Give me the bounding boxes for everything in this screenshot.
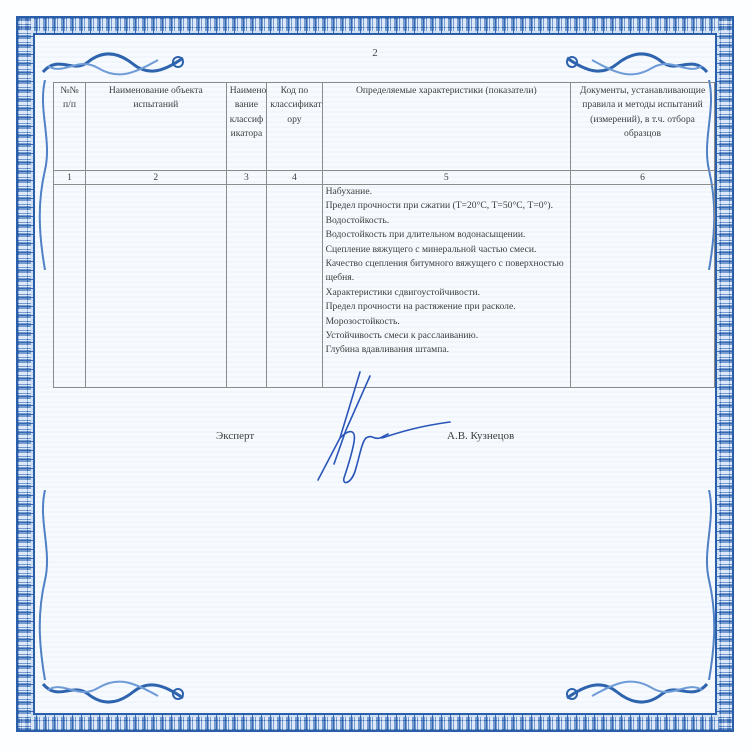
cell-classifier: [226, 185, 267, 388]
characteristic-item: Морозостойкость.: [326, 315, 567, 329]
page-number: 2: [0, 47, 750, 59]
column-number: 1: [54, 171, 86, 185]
vine-bottom-right: [702, 490, 716, 680]
characteristic-item: Качество сцепления битумного вяжущего с …: [326, 257, 567, 286]
vine-top-left: [38, 80, 52, 270]
cell-object: [85, 185, 226, 388]
cell-documents: [571, 185, 715, 388]
header-classifier: Наимено вание классиф икатора: [226, 83, 267, 171]
table-header-row: №№ п/п Наименование объекта испытаний На…: [54, 83, 715, 171]
vine-bottom-left: [38, 490, 52, 680]
characteristic-item: Набухание.: [326, 185, 567, 199]
header-characteristics: Определяемые характеристики (показатели): [322, 83, 570, 171]
characteristic-item: Характеристики сдвигоустойчивости.: [326, 286, 567, 300]
scope-table: №№ п/п Наименование объекта испытаний На…: [53, 82, 715, 388]
signatory-title: Эксперт: [216, 430, 254, 442]
cell-characteristics: Набухание. Предел прочности при сжатии (…: [322, 185, 570, 388]
characteristic-item: Водостойкость.: [326, 214, 567, 228]
column-number: 2: [85, 171, 226, 185]
meander-left: [18, 18, 31, 730]
meander-right: [719, 18, 732, 730]
certificate-page: 2 №№ п/п Наименование объекта испытаний …: [0, 0, 750, 750]
table-row: Набухание. Предел прочности при сжатии (…: [54, 185, 715, 388]
header-code: Код по классификат ору: [267, 83, 322, 171]
header-documents: Документы, устанавливающие правила и мет…: [571, 83, 715, 171]
characteristic-item: Глубина вдавливания штампа.: [326, 343, 567, 357]
corner-ornament-bottom-right: [562, 672, 712, 712]
characteristic-item: Предел прочности при сжатии (Т=20°С, Т=5…: [326, 199, 567, 213]
meander-bottom: [18, 717, 732, 730]
meander-top: [18, 18, 732, 31]
cell-code: [267, 185, 322, 388]
cell-number: [54, 185, 86, 388]
header-object: Наименование объекта испытаний: [85, 83, 226, 171]
column-number: 3: [226, 171, 267, 185]
characteristic-item: Водостойкость при длительном водонасыщен…: [326, 228, 567, 242]
column-number-row: 1 2 3 4 5 6: [54, 171, 715, 185]
header-number: №№ п/п: [54, 83, 86, 171]
column-number: 5: [322, 171, 570, 185]
corner-ornament-bottom-left: [38, 672, 188, 712]
characteristic-item: Сцепление вяжущего с минеральной частью …: [326, 243, 567, 257]
column-number: 6: [571, 171, 715, 185]
characteristic-item: Устойчивость смеси к расслаиванию.: [326, 329, 567, 343]
handwritten-signature: [300, 368, 460, 488]
characteristic-item: Предел прочности на растяжение при раско…: [326, 300, 567, 314]
column-number: 4: [267, 171, 322, 185]
